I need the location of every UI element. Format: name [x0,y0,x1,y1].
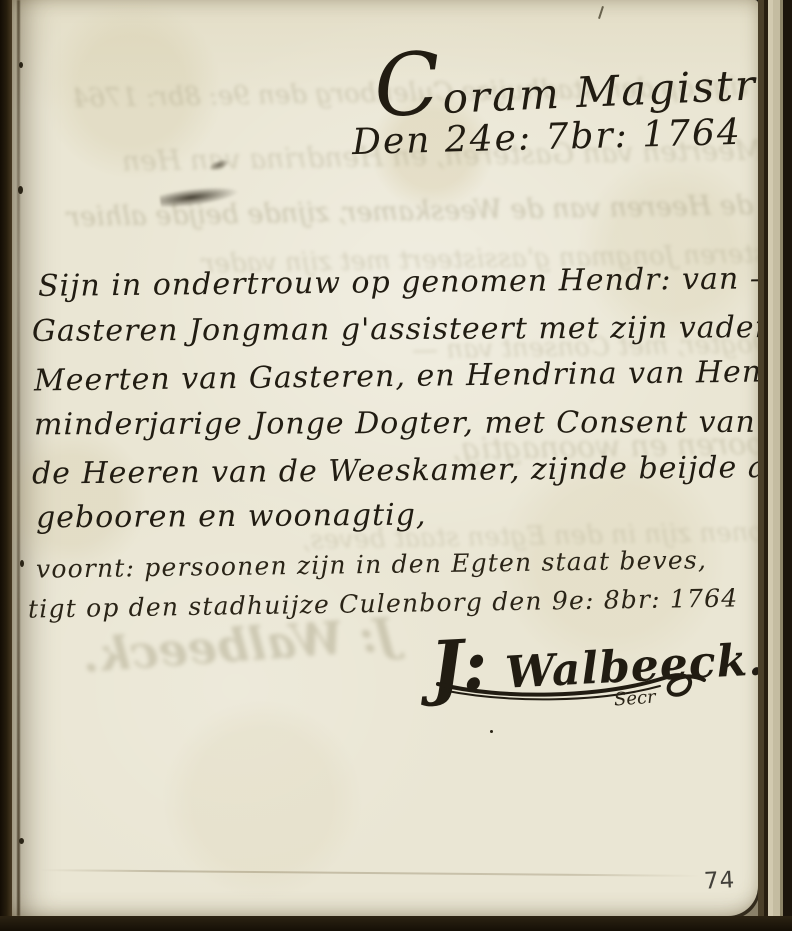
manuscript-page: tigt op den stadhuijze Culenborg den 9e:… [12,0,758,916]
pen-tick-mark [598,6,604,19]
gutter-speck [20,560,24,567]
handwritten-line: Gasteren Jongman g'assisteert met zijn v… [32,313,758,347]
gutter-speck [19,838,24,844]
handwritten-line: voornt: persoonen zijn in den Egten staa… [36,547,707,581]
handwritten-line: tigt op den stadhuijze Culenborg den 9e:… [28,585,739,621]
ink-speck [490,730,493,733]
handwritten-line: Sijn in ondertrouw op genomen Hendr: van… [38,264,758,302]
handwritten-line: de Heeren van de Weeskamer, zijnde beijd… [32,452,758,489]
paper-crease [40,869,700,877]
book-edge-bottom [0,916,792,931]
gutter-speck [18,186,23,194]
book-binding [0,0,12,931]
book-page-edges [758,0,792,931]
gutter-speck [19,62,23,68]
handwritten-line: minderjarige Jonge Dogter, met Consent v… [34,408,758,441]
scanned-book-page: tigt op den stadhuijze Culenborg den 9e:… [0,0,792,931]
handwritten-line: gebooren en woonagtig, [36,501,427,534]
signature-qualifier: Secr [613,689,656,710]
heading-date: Den 24e: 7br: 1764 [352,115,743,161]
gutter-crease [17,0,20,916]
handwritten-line: Meerten van Gasteren, en Hendrina van He… [34,358,758,397]
page-number: 74 [703,867,736,895]
signature-flourish-icon [432,668,732,724]
